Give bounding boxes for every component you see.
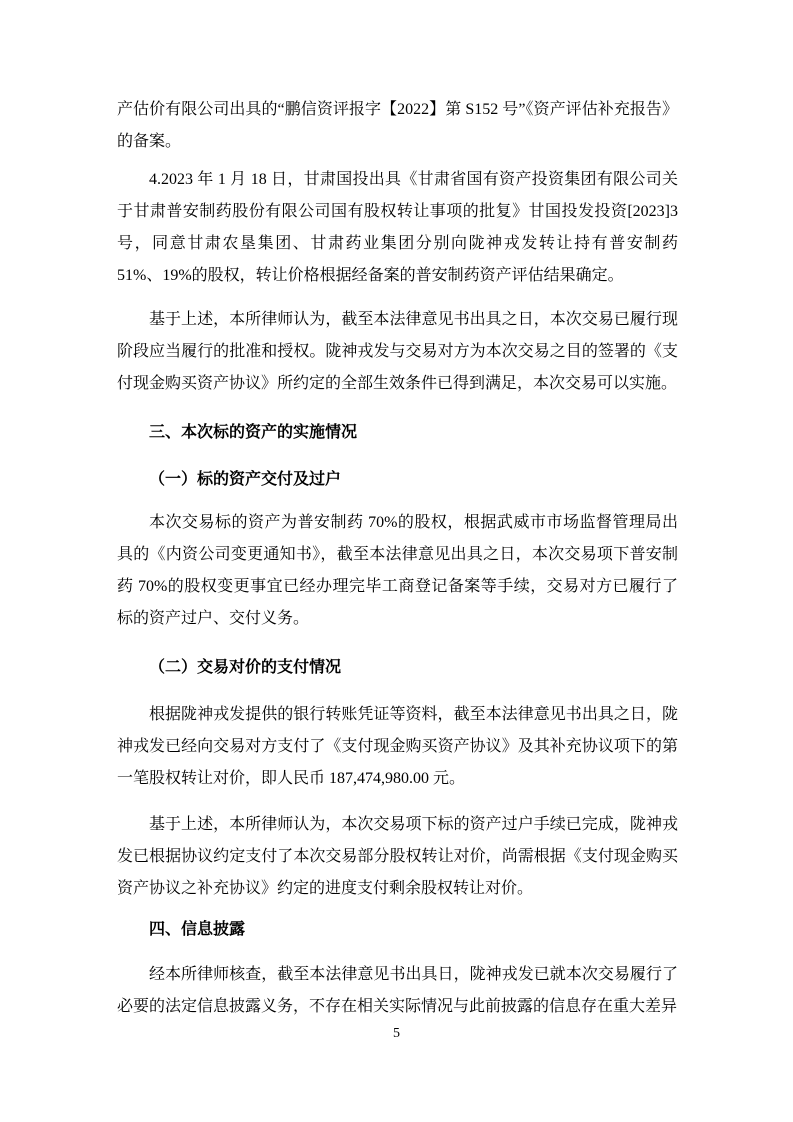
heading-section-4-information-disclosure: 四、信息披露 <box>117 914 678 946</box>
para-first-payment: 根据陇神戎发提供的银行转账凭证等资料，截至本法律意见书出具之日，陇神戎发已经向交… <box>117 699 678 795</box>
page-number: 5 <box>0 1024 793 1044</box>
para-lawyer-conclusion-approvals: 基于上述，本所律师认为，截至本法律意见书出具之日，本次交易已履行现阶段应当履行的… <box>117 304 678 400</box>
para-appraisal-report-filing: 产估价有限公司出具的“鹏信资评报字【2022】第 S152 号”《资产评估补充报… <box>117 94 678 158</box>
heading-section-3-asset-implementation: 三、本次标的资产的实施情况 <box>117 417 678 449</box>
para-asset-transfer-registration: 本次交易标的资产为普安制药 70%的股权，根据武威市市场监督管理局出具的《内资公… <box>117 507 678 635</box>
document-body: 产估价有限公司出具的“鹏信资评报字【2022】第 S152 号”《资产评估补充报… <box>117 94 678 1023</box>
para-lawyer-conclusion-payment: 基于上述，本所律师认为，本次交易项下标的资产过户手续已完成，陇神戎发已根据协议约… <box>117 809 678 905</box>
para-gansu-guotou-approval: 4.2023 年 1 月 18 日，甘肃国投出具《甘肃省国有资产投资集团有限公司… <box>117 164 678 292</box>
heading-section-3-1-asset-delivery: （一）标的资产交付及过户 <box>117 464 678 496</box>
heading-section-3-2-payment-of-consideration: （二）交易对价的支付情况 <box>117 652 678 684</box>
document-page: 产估价有限公司出具的“鹏信资评报字【2022】第 S152 号”《资产评估补充报… <box>0 0 793 1122</box>
para-disclosure-compliance: 经本所律师核查，截至本法律意见书出具日，陇神戎发已就本次交易履行了必要的法定信息… <box>117 959 678 1023</box>
